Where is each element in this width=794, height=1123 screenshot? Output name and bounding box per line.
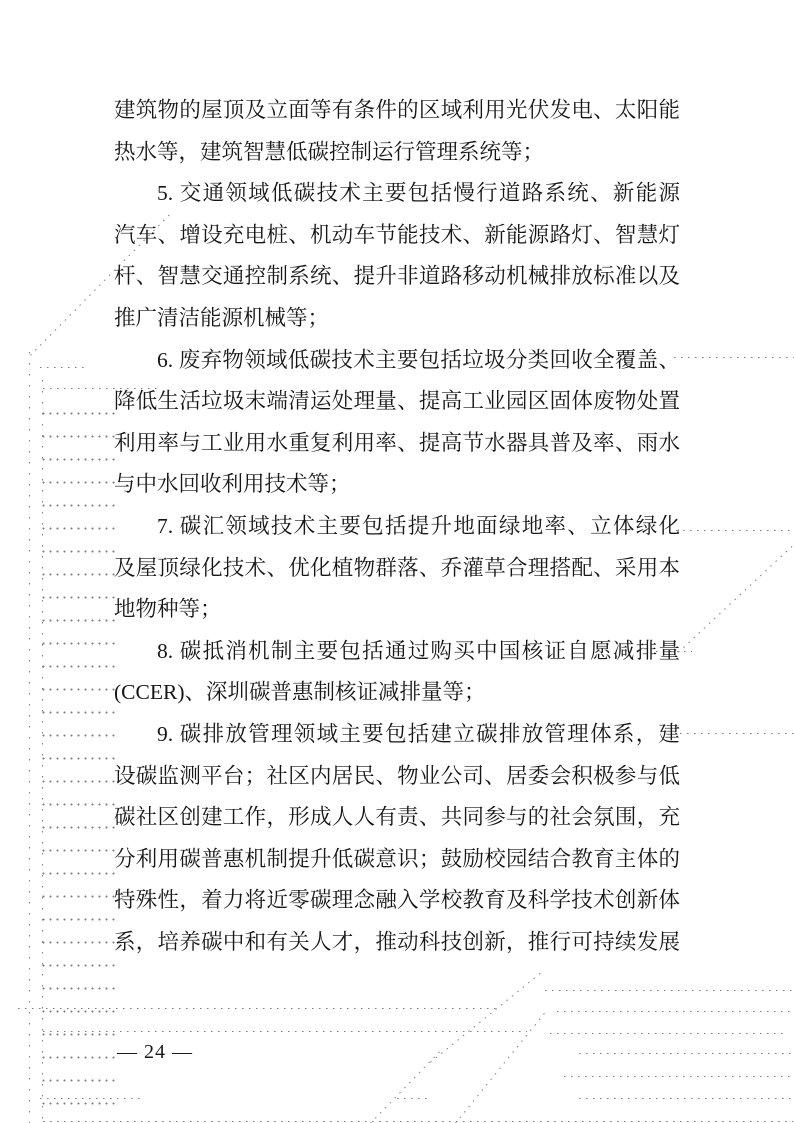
text-line: 及屋顶绿化技术、优化植物群落、乔灌草合理搭配、采用本	[114, 548, 680, 590]
dotted-line	[680, 733, 794, 735]
dotted-line	[18, 1008, 500, 1010]
dotted-line	[674, 357, 794, 359]
dotted-line	[40, 367, 85, 369]
dotted-diagonal	[678, 544, 794, 653]
text-line-item-8: 8. 碳抵消机制主要包括通过购买中国核证自愿减排量	[114, 631, 680, 673]
text-line-item-7: 7. 碳汇领域技术主要包括提升地面绿地率、立体绿化	[114, 506, 680, 548]
dotted-line	[43, 1031, 527, 1033]
page-footer: — 24 —	[117, 1038, 193, 1066]
page-number: — 24 —	[117, 1041, 193, 1063]
text-line: 推广清洁能源机械等；	[114, 298, 680, 340]
dotted-margin-grid	[40, 402, 118, 1123]
text-line: 分利用碳普惠机制提升低碳意识；鼓励校园结合教育主体的	[114, 839, 680, 881]
text-line: 汽车、增设充电桩、机动车节能技术、新能源路灯、智慧灯	[114, 215, 680, 257]
dotted-line	[550, 1033, 787, 1035]
text-line-item-6: 6. 废弃物领域低碳技术主要包括垃圾分类回收全覆盖、	[114, 340, 680, 382]
text-line: 碳社区创建工作，形成人人有责、共同参与的社会氛围，充	[114, 797, 680, 839]
dotted-diagonal	[430, 973, 542, 1064]
text-line: 设碳监测平台；社区内居民、物业公司、居委会积极参与低	[114, 756, 680, 798]
text-line: 与中水回收利用技术等；	[114, 464, 680, 506]
document-page: 建筑物的屋顶及立面等有条件的区域利用光伏发电、太阳能 热水等，建筑智慧低碳控制运…	[0, 0, 794, 1123]
dotted-line	[397, 1098, 427, 1100]
text-line: 建筑物的屋顶及立面等有条件的区域利用光伏发电、太阳能	[114, 90, 680, 132]
dotted-line	[545, 990, 794, 992]
dotted-line	[40, 1098, 143, 1100]
text-line-item-5: 5. 交通领域低碳技术主要包括慢行道路系统、新能源	[114, 173, 680, 215]
text-line: 杆、智慧交通控制系统、提升非道路移动机械排放标准以及	[114, 256, 680, 298]
dotted-diagonal	[370, 1050, 442, 1123]
text-line: 热水等，建筑智慧低碳控制运行管理系统等；	[114, 132, 680, 174]
text-line: 系，培养碳中和有关人才，推动科技创新，推行可持续发展	[114, 922, 680, 964]
dotted-line	[579, 1098, 794, 1100]
dotted-line	[579, 1053, 794, 1055]
text-line: 降低生活垃圾末端清运处理量、提高工业园区固体废物处置	[114, 381, 680, 423]
text-line-item-9: 9. 碳排放管理领域主要包括建立碳排放管理体系，建	[114, 714, 680, 756]
dotted-line	[676, 530, 794, 532]
text-line: (CCER)、深圳碳普惠制核证减排量等；	[114, 672, 680, 714]
dotted-line	[564, 1076, 794, 1078]
text-line: 地物种等；	[114, 589, 680, 631]
text-line: 利用率与工业用水重复利用率、提高节水器具普及率、雨水	[114, 423, 680, 465]
document-body: 建筑物的屋顶及立面等有条件的区域利用光伏发电、太阳能 热水等，建筑智慧低碳控制运…	[114, 90, 680, 963]
text-line: 特殊性，着力将近零碳理念融入学校教育及科学技术创新体	[114, 880, 680, 922]
dotted-line	[557, 1011, 794, 1013]
